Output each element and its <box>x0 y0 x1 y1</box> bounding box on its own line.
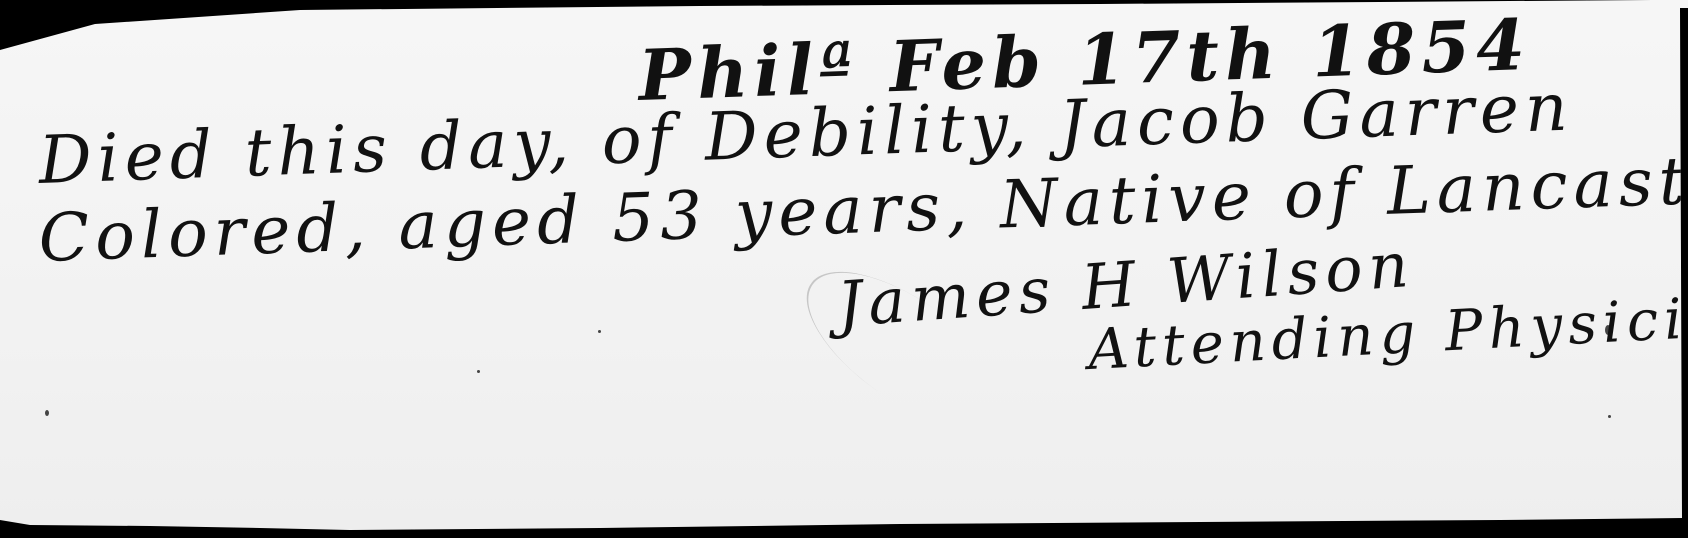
ink-speck <box>598 330 601 333</box>
ink-speck <box>45 410 49 416</box>
ink-speck <box>1608 415 1611 418</box>
paper-sheet: Philª Feb 17th 1854 Died this day, of De… <box>0 0 1688 538</box>
scan-stage: Philª Feb 17th 1854 Died this day, of De… <box>0 0 1688 538</box>
ink-speck <box>477 370 480 373</box>
